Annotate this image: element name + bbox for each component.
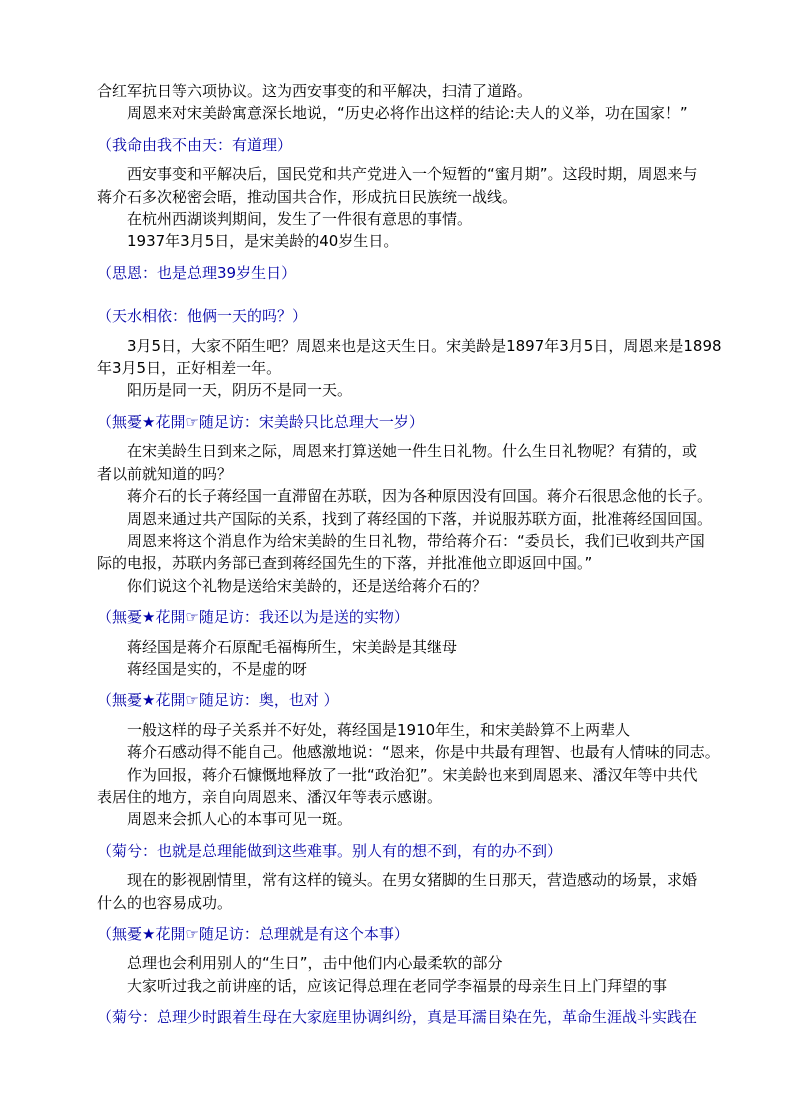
text-line: 周恩来将这个消息作为给宋美龄的生日礼物，带给蒋介石：“委员长，我们已收到共产国 [97, 530, 710, 552]
comment-line: （我命由我不由天：有道理） [97, 134, 710, 156]
text-line: 合红军抗日等六项协议。这为西安事变的和平解决，扫清了道路。 [97, 80, 710, 102]
text-line: 什么的也容易成功。 [97, 892, 710, 914]
text-line: 作为回报，蒋介石慷慨地释放了一批“政治犯”。宋美龄也来到周恩来、潘汉年等中共代 [97, 764, 710, 786]
comment-line: （無憂★花開☞随足访：总理就是有这个本事） [97, 923, 710, 945]
text-line: 1937年3月5日，是宋美龄的40岁生日。 [97, 230, 710, 252]
comment-line: （菊兮：总理少时跟着生母在大家庭里协调纠纷，真是耳濡目染在先，革命生涯战斗实践在 [97, 1006, 710, 1028]
text-line: 年3月5日，正好相差一年。 [97, 357, 710, 379]
comment-line: （思恩：也是总理39岁生日） [97, 262, 710, 284]
text-line: 你们说这个礼物是送给宋美龄的，还是送给蒋介石的？ [97, 575, 710, 597]
text-line: 者以前就知道的吗？ [97, 463, 710, 485]
comment-line: （天水相依：他俩一天的吗？） [97, 305, 710, 327]
document-page: 合红军抗日等六项协议。这为西安事变的和平解决，扫清了道路。周恩来对宋美龄寓意深长… [0, 0, 800, 1100]
text-line: 蒋经国是蒋介石原配毛福梅所生，宋美龄是其继母 [97, 636, 710, 658]
text-line: 周恩来通过共产国际的关系，找到了蒋经国的下落，并说服苏联方面，批准蒋经国回国。 [97, 508, 710, 530]
text-line: 蒋经国是实的，不是虚的呀 [97, 658, 710, 680]
text-line: 3月5日，大家不陌生吧？周恩来也是这天生日。宋美龄是1897年3月5日，周恩来是… [97, 335, 710, 357]
body-paragraph: 合红军抗日等六项协议。这为西安事变的和平解决，扫清了道路。周恩来对宋美龄寓意深长… [97, 80, 710, 125]
comment-line: （無憂★花開☞随足访：奥，也对 ） [97, 689, 710, 711]
text-line: 大家听过我之前讲座的话，应该记得总理在老同学李福景的母亲生日上门拜望的事 [97, 975, 710, 997]
body-paragraph: 总理也会利用别人的“生日”，击中他们内心最柔软的部分大家听过我之前讲座的话，应该… [97, 952, 710, 997]
text-line: 蒋介石的长子蒋经国一直滞留在苏联，因为各种原因没有回国。蒋介石很思念他的长子。 [97, 485, 710, 507]
body-paragraph: 一般这样的母子关系并不好处，蒋经国是1910年生，和宋美龄算不上两辈人蒋介石感动… [97, 719, 710, 831]
text-line: 现在的影视剧情里，常有这样的镜头。在男女猪脚的生日那天，营造感动的场景，求婚 [97, 869, 710, 891]
text-line: 表居住的地方，亲自向周恩来、潘汉年等表示感谢。 [97, 786, 710, 808]
text-line: 西安事变和平解决后，国民党和共产党进入一个短暂的“蜜月期”。这段时期，周恩来与 [97, 163, 710, 185]
text-line: 周恩来会抓人心的本事可见一斑。 [97, 808, 710, 830]
text-line: 在宋美龄生日到来之际，周恩来打算送她一件生日礼物。什么生日礼物呢？有猜的，或 [97, 440, 710, 462]
body-paragraph: 西安事变和平解决后，国民党和共产党进入一个短暂的“蜜月期”。这段时期，周恩来与蒋… [97, 163, 710, 253]
text-line: 阳历是同一天，阴历不是同一天。 [97, 379, 710, 401]
body-paragraph: 蒋经国是蒋介石原配毛福梅所生，宋美龄是其继母蒋经国是实的，不是虚的呀 [97, 636, 710, 681]
body-paragraph: 现在的影视剧情里，常有这样的镜头。在男女猪脚的生日那天，营造感动的场景，求婚什么… [97, 869, 710, 914]
text-line: 际的电报，苏联内务部已查到蒋经国先生的下落，并批准他立即返回中国。” [97, 552, 710, 574]
comment-line: （無憂★花開☞随足访：宋美龄只比总理大一岁） [97, 411, 710, 433]
text-line: 蒋介石多次秘密会晤，推动国共合作，形成抗日民族统一战线。 [97, 186, 710, 208]
text-line: 一般这样的母子关系并不好处，蒋经国是1910年生，和宋美龄算不上两辈人 [97, 719, 710, 741]
comment-line: （無憂★花開☞随足访：我还以为是送的实物） [97, 606, 710, 628]
body-paragraph: 3月5日，大家不陌生吧？周恩来也是这天生日。宋美龄是1897年3月5日，周恩来是… [97, 335, 710, 402]
comment-line: （菊兮：也就是总理能做到这些难事。别人有的想不到，有的办不到） [97, 840, 710, 862]
document-content: 合红军抗日等六项协议。这为西安事变的和平解决，扫清了道路。周恩来对宋美龄寓意深长… [97, 80, 710, 1029]
text-line: 总理也会利用别人的“生日”，击中他们内心最柔软的部分 [97, 952, 710, 974]
text-line: 在杭州西湖谈判期间，发生了一件很有意思的事情。 [97, 208, 710, 230]
body-paragraph: 在宋美龄生日到来之际，周恩来打算送她一件生日礼物。什么生日礼物呢？有猜的，或者以… [97, 440, 710, 597]
text-line: 周恩来对宋美龄寓意深长地说，“历史必将作出这样的结论:夫人的义举，功在国家！” [97, 102, 710, 124]
text-line: 蒋介石感动得不能自己。他感激地说：“恩来，你是中共最有理智、也最有人情味的同志。 [97, 741, 710, 763]
